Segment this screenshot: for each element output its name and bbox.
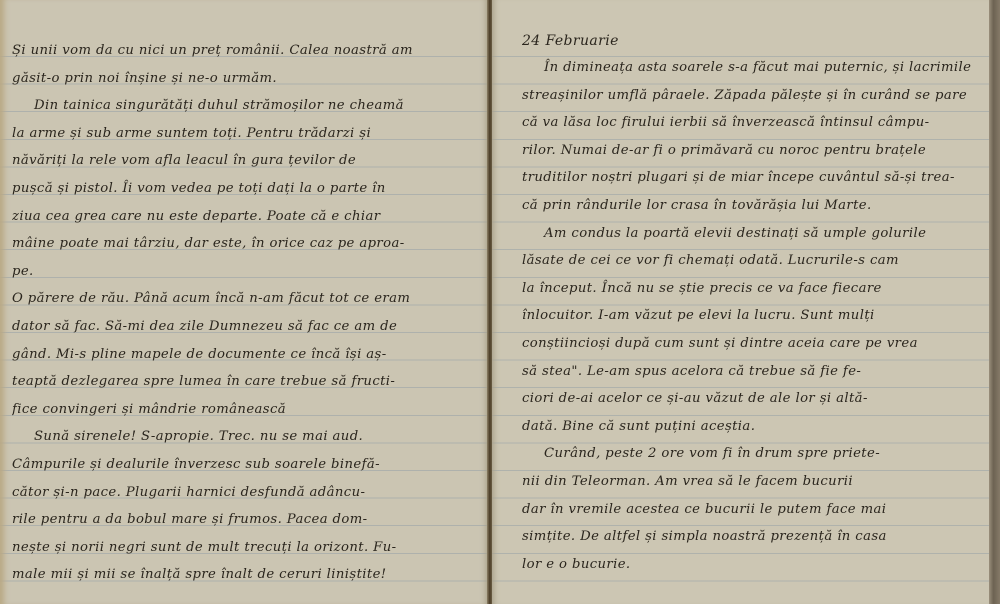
handwritten-line: înlocuitor. I-am văzut pe elevi la lucru… [522, 305, 972, 327]
handwritten-line: gând. Mi-s pline mapele de documente ce … [12, 344, 472, 366]
entry-date: 24 Februarie [522, 30, 972, 52]
handwritten-line: conștiincioși după cum sunt și dintre ac… [522, 333, 972, 355]
handwritten-line: Câmpurile și dealurile înverzesc sub soa… [12, 454, 472, 476]
handwritten-line: găsit-o prin noi înșine și ne-o urmăm. [12, 68, 472, 90]
handwritten-line: cător și-n pace. Plugarii harnici desfun… [12, 482, 472, 504]
handwritten-line: nii din Teleorman. Am vrea să le facem b… [522, 471, 972, 493]
handwritten-line: la arme și sub arme suntem toți. Pentru … [12, 123, 472, 145]
handwritten-line: male mii și mii se înalță spre înalt de … [12, 564, 472, 586]
handwritten-line: lor e o bucurie. [522, 554, 972, 576]
handwritten-line: În dimineața asta soarele s-a făcut mai … [522, 57, 994, 79]
handwritten-line: Curând, peste 2 ore vom fi în drum spre … [522, 443, 994, 465]
handwritten-line: ziua cea grea care nu este departe. Poat… [12, 206, 472, 228]
handwritten-line: mâine poate mai târziu, dar este, în ori… [12, 233, 472, 255]
handwritten-line: dată. Bine că sunt puțini aceștia. [522, 416, 972, 438]
left-page: Și unii vom da cu nici un preț românii. … [0, 0, 488, 604]
handwritten-line: pe. [12, 261, 472, 283]
handwritten-line: teaptă dezlegarea spre lumea în care tre… [12, 371, 472, 393]
handwritten-line: O părere de rău. Până acum încă n-am făc… [12, 288, 472, 310]
handwritten-line: Sună sirenele! S-apropie. Trec. nu se ma… [12, 426, 494, 448]
handwritten-line: pușcă și pistol. Îi vom vedea pe toți da… [12, 178, 472, 200]
handwritten-line: nește și norii negri sunt de mult trecuț… [12, 537, 472, 559]
handwritten-line: dator să fac. Să-mi dea zile Dumnezeu să… [12, 316, 472, 338]
handwritten-line: fice convingeri și mândrie românească [12, 399, 472, 421]
handwritten-line: rile pentru a da bobul mare și frumos. P… [12, 509, 472, 531]
handwritten-line: simțite. De altfel și simpla noastră pre… [522, 526, 972, 548]
handwritten-line: să stea". Le-am spus acelora că trebue s… [522, 361, 972, 383]
handwritten-line: streașinilor umflă pâraele. Zăpada păleș… [522, 85, 972, 107]
handwritten-line: rilor. Numai de-ar fi o primăvară cu nor… [522, 140, 972, 162]
handwritten-line: lăsate de cei ce vor fi chemați odată. L… [522, 250, 972, 272]
right-page-text: 24 Februarie În dimineața asta soarele s… [492, 0, 989, 604]
handwritten-line: truditilor noștri plugari și de miar înc… [522, 167, 972, 189]
handwritten-line: Am condus la poartă elevii destinați să … [522, 223, 994, 245]
right-page: 24 Februarie În dimineața asta soarele s… [492, 0, 989, 604]
handwritten-line: că va lăsa loc firului ierbii să înverze… [522, 112, 972, 134]
handwritten-line: dar în vremile acestea ce bucurii le put… [522, 499, 972, 521]
handwritten-line: la început. Încă nu se știe precis ce va… [522, 278, 972, 300]
handwritten-line: năvăriți la rele vom afla leacul în gura… [12, 150, 472, 172]
handwritten-line: că prin rândurile lor crasa în tovărășia… [522, 195, 972, 217]
handwritten-line: ciori de-ai acelor ce și-au văzut de ale… [522, 388, 972, 410]
handwritten-line: Și unii vom da cu nici un preț românii. … [12, 40, 472, 62]
notebook-spread: Și unii vom da cu nici un preț românii. … [0, 0, 1000, 604]
notebook-cover-edge [989, 0, 1000, 604]
left-page-text: Și unii vom da cu nici un preț românii. … [0, 0, 488, 604]
handwritten-line: Din tainica singurătăți duhul strămoșilo… [12, 95, 494, 117]
